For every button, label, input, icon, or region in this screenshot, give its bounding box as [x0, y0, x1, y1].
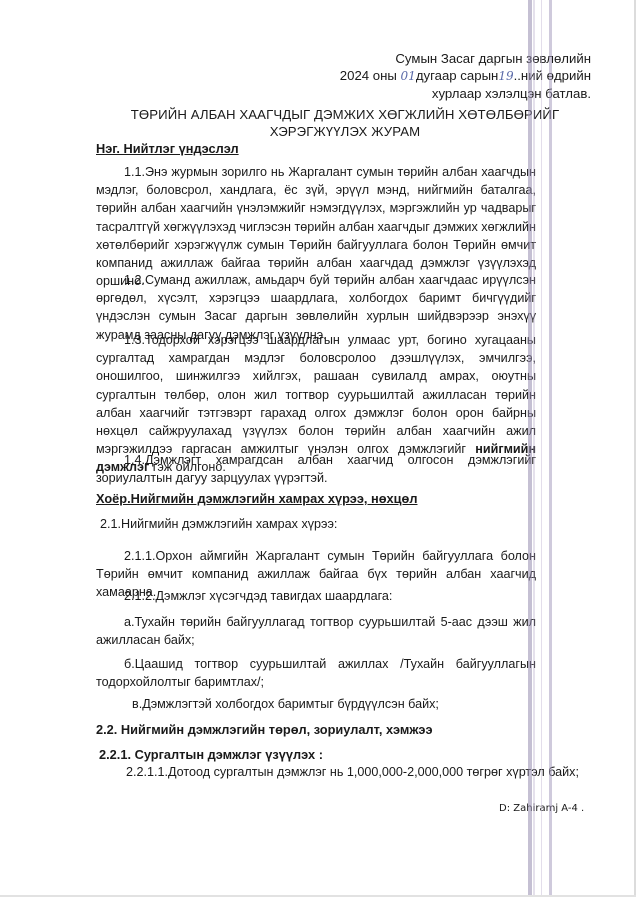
paragraph-2-1: 2.1.Нийгмийн дэмжлэгийн хамрах хүрээ:: [100, 517, 337, 531]
requirement-item-a: а.Тухайн төрийн байгууллагад тогтвор суу…: [96, 613, 536, 649]
approval-line-3: хурлаар хэлэлцэн батлав.: [340, 85, 591, 102]
approval-line-1: Сумын Засаг даргын зөвлөлийн: [340, 50, 591, 67]
approval-block: Сумын Засаг даргын зөвлөлийн 2024 оны 01…: [340, 50, 591, 102]
scan-artifact-line: [528, 0, 532, 897]
scan-artifact-line: [533, 0, 535, 897]
paragraph-1-3-text: 1.3.Тодорхой хэрэгцээ шаардлагын улмаас …: [96, 333, 536, 456]
requirement-item-v: в.Дэмжлэгтэй холбогдох баримтыг бүрдүүлс…: [132, 697, 439, 711]
approval-day-label: ..ний өдрийн: [514, 68, 591, 83]
handwritten-month: 01: [401, 69, 416, 83]
approval-line-2: 2024 оны 01дугаар сарын19..ний өдрийн: [340, 67, 591, 85]
section-2-heading: Хоёр.Нийгмийн дэмжлэгийн хамрах хүрээ, н…: [96, 491, 417, 506]
approval-month-label: дугаар сарын: [416, 68, 499, 83]
scan-artifact-line: [541, 0, 542, 897]
paragraph-1-4: 1.4.Дэмжлэгт хамрагдсан албан хаагчид ол…: [96, 451, 536, 487]
handwritten-day: 19: [498, 69, 513, 83]
paragraph-2-2-1-1: 2.2.1.1.Дотоод сургалтын дэмжлэг нь 1,00…: [126, 765, 579, 779]
section-2-2-heading: 2.2. Нийгмийн дэмжлэгийн төрөл, зориулал…: [96, 722, 433, 737]
scan-artifact-line: [549, 0, 552, 897]
approval-year: 2024 оны: [340, 68, 401, 83]
paragraph-2-1-2: 2.1.2.Дэмжлэг хүсэгчдэд тавигдах шаардла…: [124, 589, 392, 603]
document-page: Сумын Засаг даргын зөвлөлийн 2024 оны 01…: [0, 0, 636, 897]
section-2-2-1-heading: 2.2.1. Сургалтын дэмжлэг үзүүлэх :: [99, 747, 323, 762]
section-1-heading: Нэг. Нийтлэг үндэслэл: [96, 141, 239, 156]
requirement-item-b: б.Цаашид тогтвор суурьшилтай ажиллах /Ту…: [96, 655, 536, 691]
